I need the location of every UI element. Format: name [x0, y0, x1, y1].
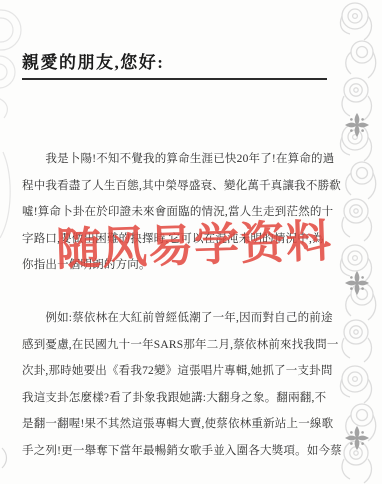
scroll-curve-icon — [0, 152, 10, 238]
text-line: 程中我看盡了人生百態,其中榮辱盛衰、變化萬千真讓我不勝欷 — [22, 173, 347, 200]
text-line: 我是卜陽!不知不覺我的算命生涯已快20年了!在算命的過 — [22, 146, 347, 173]
book-page: 親愛的朋友,您好: 我是卜陽!不知不覺我的算命生涯已快20年了!在算命的過 程中… — [0, 0, 382, 484]
paragraph-example: 例如:蔡依林在大紅前曾經低潮了一年,因而對自己的前途 感到憂慮,在民國九十一年S… — [22, 305, 347, 464]
medallion-ring-icon — [0, 10, 21, 50]
corner-mark-icon — [2, 448, 7, 468]
text-line: 手之列!更一舉奪下當年最暢銷女歌手並入圍各大獎項。如今蔡 — [22, 438, 347, 465]
text-line: 我這支卦怎麼樣?看了卦象我跟她講:大翻身之象。翻兩翻,不 — [22, 385, 347, 412]
text-line: 是翻一翻喔!果不其然這張專輯大賣,使蔡依林重新站上一線歌 — [22, 411, 347, 438]
fleur-ornament-icon — [345, 271, 369, 295]
scroll-pattern-icon — [340, 3, 375, 120]
fleur-ornament-icon — [345, 426, 369, 450]
text-line: 感到憂慮,在民國九十一年SARS那年二月,蔡依林前來找我問一 — [22, 332, 347, 359]
page-title: 親愛的朋友,您好: — [22, 48, 164, 73]
text-line: 次卦,那時她要出《看我72變》這張唱片專輯,她抓了一支卦問 — [22, 358, 347, 385]
title-underline — [22, 78, 327, 80]
text-line: 例如:蔡依林在大紅前曾經低潮了一年,因而對自己的前途 — [22, 305, 347, 332]
watermark: 随风易学资料 — [55, 204, 333, 278]
fleur-ornament-icon — [345, 113, 369, 137]
